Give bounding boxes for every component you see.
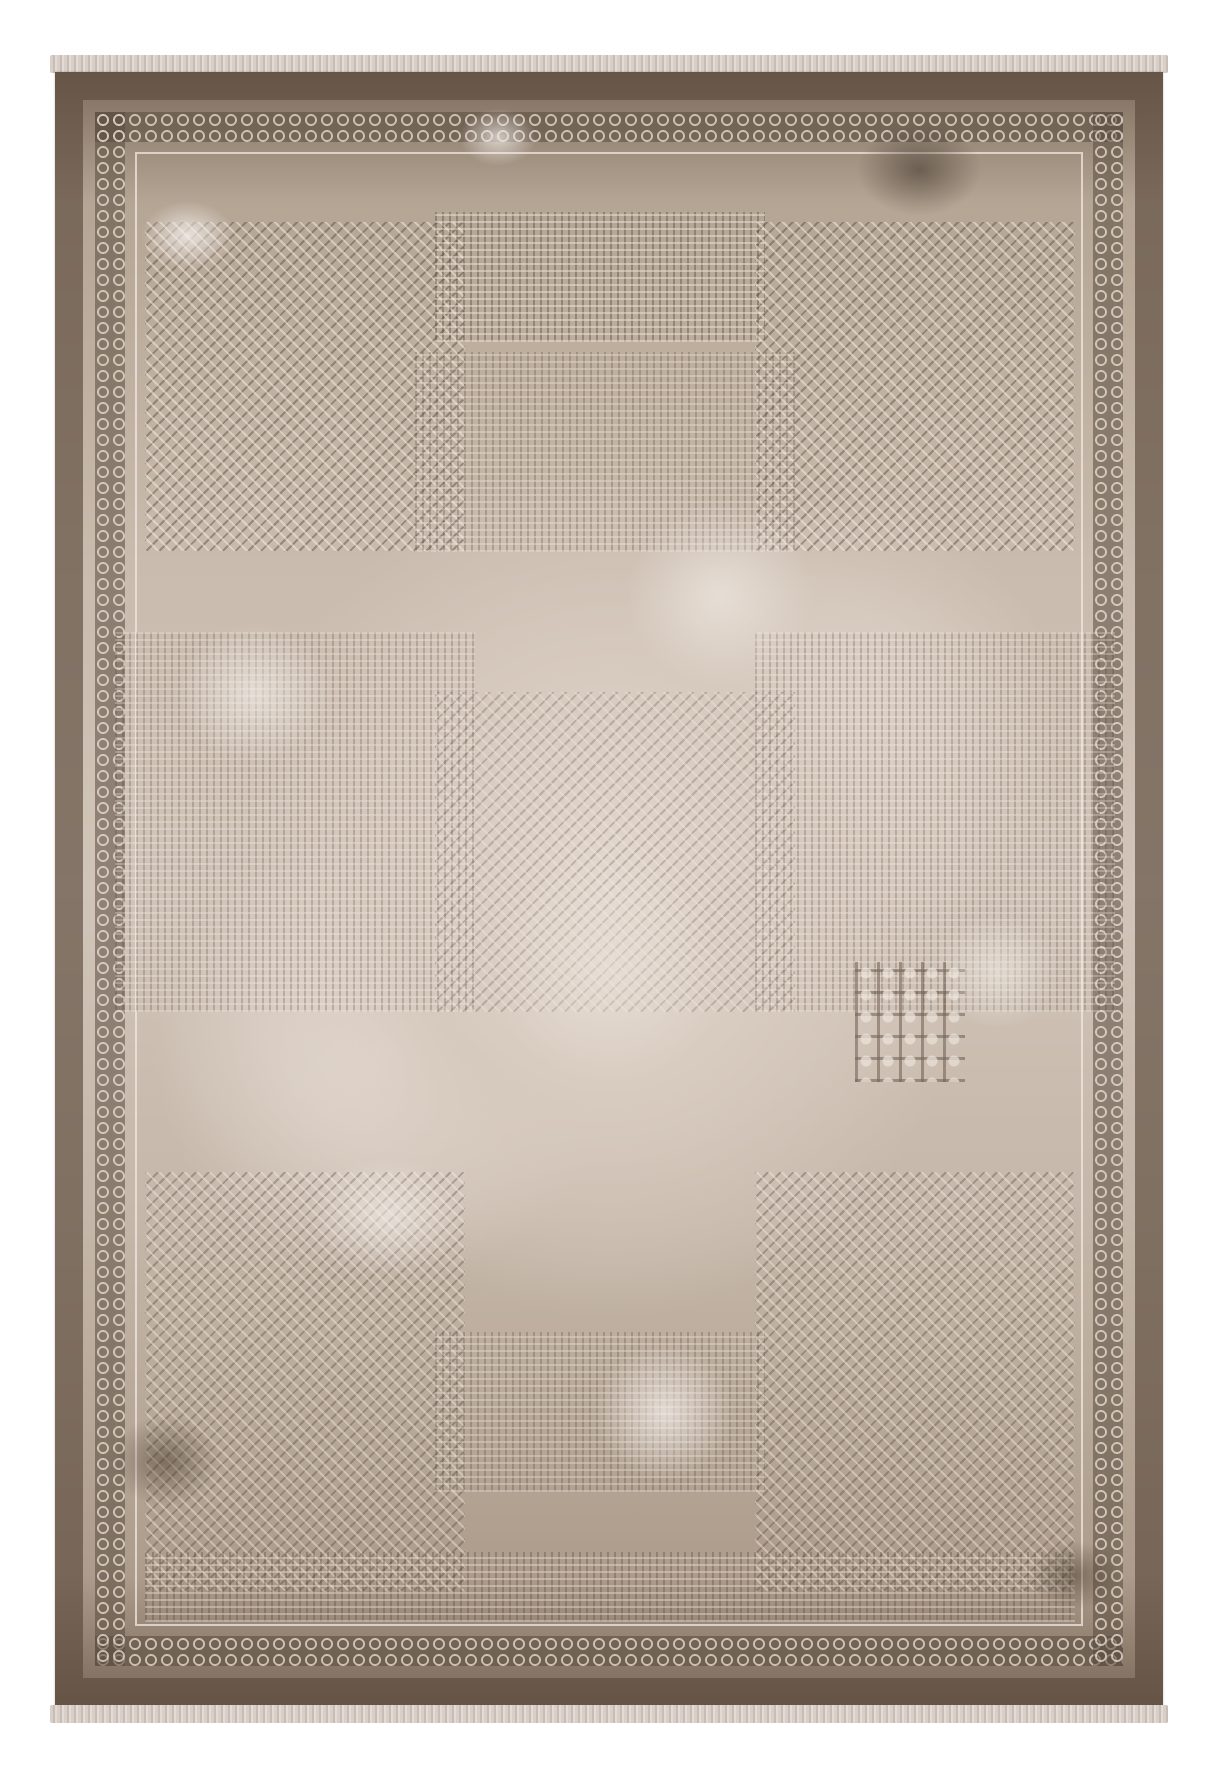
bottom-fringe: [50, 1705, 1168, 1723]
top-fringe: [50, 55, 1168, 73]
distressed-overlay: [55, 72, 1163, 1706]
rug-body: [55, 72, 1163, 1706]
rug: [50, 55, 1168, 1723]
